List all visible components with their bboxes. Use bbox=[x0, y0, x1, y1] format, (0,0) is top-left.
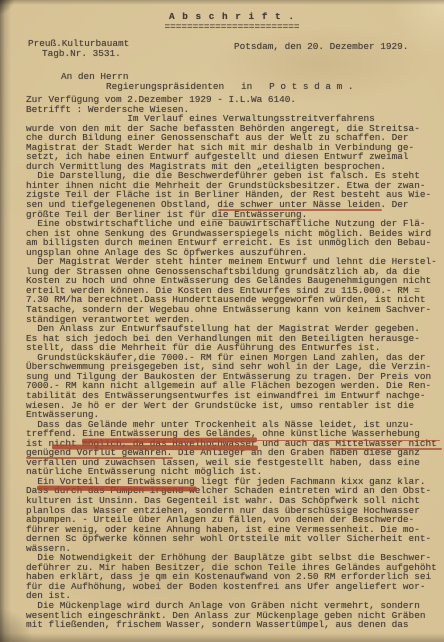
document-line: mit fließenden, frischem Wasser, sondern… bbox=[26, 620, 444, 630]
dateline: Potsdam, den 20. Dezember 1929. bbox=[234, 41, 408, 52]
document-body: Zur Verfügung vom 2.Dezember 1929 - I.L.… bbox=[26, 95, 444, 630]
recipient-title: Regierungspräsidenten in P o t s d a m . bbox=[106, 81, 354, 92]
document-line: dernen Sc öpfwerke können sehr wohl Orts… bbox=[26, 534, 444, 544]
document-line: für die Aufhöhung, wobei der Boden koste… bbox=[26, 582, 444, 592]
journal-number: Tagb.Nr. 3531. bbox=[42, 48, 121, 59]
recipient-salutation: An den Herrn bbox=[61, 71, 129, 82]
scanned-document-page: A b s c h r i f t . ====================… bbox=[0, 0, 444, 642]
heading-underline: ======================== bbox=[0, 21, 444, 32]
